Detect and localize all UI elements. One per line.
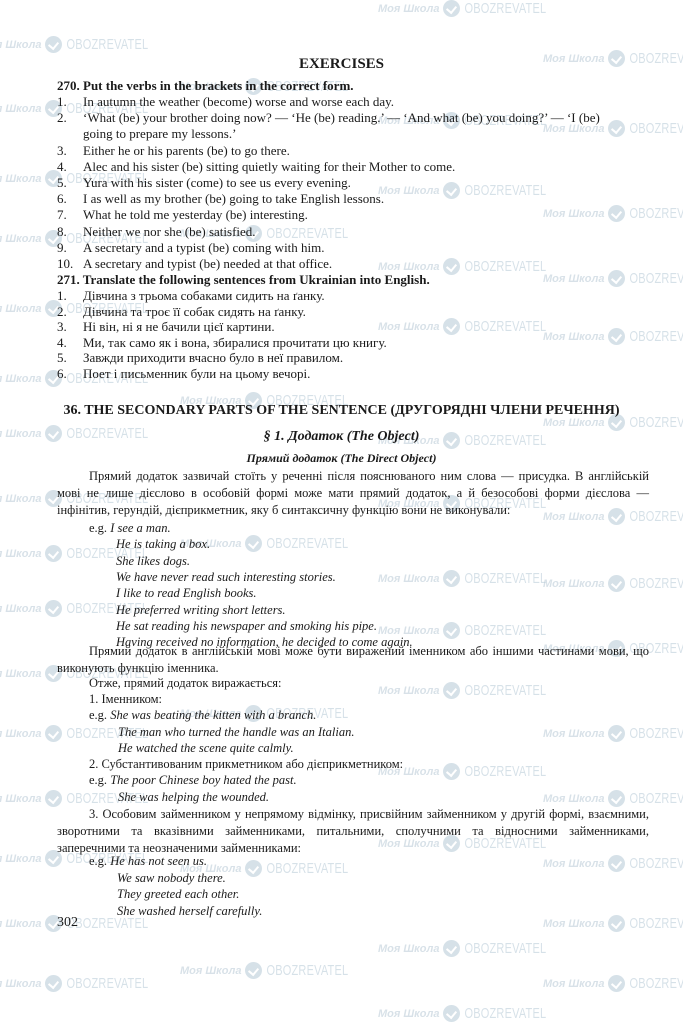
example-sentence: e.g. The poor Chinese boy hated the past… bbox=[89, 772, 297, 788]
example-sentence: We saw nobody there. bbox=[117, 870, 226, 886]
item-number: 2. bbox=[57, 304, 83, 320]
ex270-item-7: 7.What he told me yesterday (be) interes… bbox=[57, 207, 647, 223]
intro-paragraph: Прямий додаток зазвичай стоїть у реченні… bbox=[57, 468, 649, 519]
item-text: Поет і письменник були на цьому вечорі. bbox=[83, 366, 310, 381]
expressed-by-intro: Отже, прямий додаток виражається: bbox=[89, 676, 281, 691]
example-text: He is taking a box. bbox=[116, 537, 210, 551]
item-text: Yura with his sister (come) to see us ev… bbox=[83, 175, 351, 190]
eg-label: e.g. bbox=[89, 708, 110, 722]
example-text: She was beating the kitten with a branch… bbox=[110, 708, 316, 722]
item-text: What he told me yesterday (be) interesti… bbox=[83, 207, 308, 222]
item-number: 7. bbox=[57, 207, 83, 223]
example-sentence: He preferred writing short letters. bbox=[116, 602, 286, 618]
item-number: 8. bbox=[57, 224, 83, 240]
ex270-item-8: 8.Neither we nor she (be) satisfied. bbox=[57, 224, 647, 240]
ex270-item-2: 2.‘What (be) your brother doing now? — ‘… bbox=[57, 110, 647, 142]
example-text: He watched the scene quite calmly. bbox=[118, 741, 294, 755]
ex271-item-4: 4.Ми, так само як і вона, збиралися проч… bbox=[57, 335, 647, 351]
expression-paragraph: Прямий додаток в англійській мові може б… bbox=[57, 643, 649, 677]
item-text: In autumn the weather (become) worse and… bbox=[83, 94, 394, 109]
ex270-item-5: 5.Yura with his sister (come) to see us … bbox=[57, 175, 647, 191]
page-number: 302 bbox=[57, 915, 78, 931]
example-text: I see a man. bbox=[110, 521, 170, 535]
example-text: We have never read such interesting stor… bbox=[116, 570, 336, 584]
item-text: A secretary and typist (be) needed at th… bbox=[83, 256, 332, 271]
example-sentence: e.g. She was beating the kitten with a b… bbox=[89, 707, 316, 723]
exercises-heading: EXERCISES bbox=[0, 56, 683, 73]
example-text: The man who turned the handle was an Ita… bbox=[118, 725, 354, 739]
item-number: 6. bbox=[57, 191, 83, 207]
point-2-adjective: 2. Субстантивованим прикметником або діє… bbox=[89, 757, 403, 772]
ex271-item-3: 3.Ні він, ні я не бачили цієї картини. bbox=[57, 319, 647, 335]
eg-label: e.g. bbox=[89, 521, 110, 535]
ex270-item-9: 9.A secretary and a typist (be) coming w… bbox=[57, 240, 647, 256]
example-sentence: e.g. I see a man. bbox=[89, 520, 171, 536]
example-text: He sat reading his newspaper and smoking… bbox=[116, 619, 377, 633]
section-heading: § 1. Додаток (The Object) bbox=[0, 429, 683, 445]
ex271-item-1: 1.Дівчина з трьома собаками сидить на ґа… bbox=[57, 288, 647, 304]
example-sentence: He sat reading his newspaper and smoking… bbox=[116, 618, 377, 634]
item-text: Завжди приходити вчасно було в неї прави… bbox=[83, 350, 343, 365]
point-3-pronoun: 3. Особовим займенником у непрямому відм… bbox=[57, 806, 649, 857]
example-text: She was helping the wounded. bbox=[118, 790, 269, 804]
item-text: Дівчина з трьома собаками сидить на ґанк… bbox=[83, 288, 325, 303]
item-number: 5. bbox=[57, 175, 83, 191]
item-text: I as well as my brother (be) going to ta… bbox=[83, 191, 384, 206]
example-sentence: She was helping the wounded. bbox=[118, 789, 269, 805]
textbook-page: EXERCISES 270. Put the verbs in the brac… bbox=[0, 0, 683, 1024]
ex270-item-4: 4.Alec and his sister (be) sitting quiet… bbox=[57, 159, 647, 175]
example-sentence: We have never read such interesting stor… bbox=[116, 569, 336, 585]
example-text: The poor Chinese boy hated the past. bbox=[110, 773, 296, 787]
ex271-item-2: 2.Дівчина та троє її собак сидять на ґан… bbox=[57, 304, 647, 320]
example-text: He preferred writing short letters. bbox=[116, 603, 286, 617]
example-sentence: She washed herself carefully. bbox=[117, 903, 262, 919]
example-sentence: He watched the scene quite calmly. bbox=[118, 740, 294, 756]
eg-label: e.g. bbox=[89, 854, 110, 868]
ex270-item-6: 6.I as well as my brother (be) going to … bbox=[57, 191, 647, 207]
example-text: He has not seen us. bbox=[110, 854, 207, 868]
example-text: We saw nobody there. bbox=[117, 871, 226, 885]
item-number: 3. bbox=[57, 319, 83, 335]
item-number: 5. bbox=[57, 350, 83, 366]
ex270-item-10: 10.A secretary and typist (be) needed at… bbox=[57, 256, 647, 272]
chapter-heading: 36. THE SECONDARY PARTS OF THE SENTENCE … bbox=[0, 403, 683, 419]
example-sentence: She likes dogs. bbox=[116, 553, 190, 569]
example-sentence: e.g. He has not seen us. bbox=[89, 853, 207, 869]
item-number: 4. bbox=[57, 335, 83, 351]
example-sentence: He is taking a box. bbox=[116, 536, 210, 552]
eg-label: e.g. bbox=[89, 773, 110, 787]
item-text: Дівчина та троє її собак сидять на ґанку… bbox=[83, 304, 306, 319]
ex271-item-5: 5.Завжди приходити вчасно було в неї пра… bbox=[57, 350, 647, 366]
item-text-continued: going to prepare my lessons.’ bbox=[57, 126, 647, 142]
ex270-item-3: 3.Either he or his parents (be) to go th… bbox=[57, 143, 647, 159]
example-text: She likes dogs. bbox=[116, 554, 190, 568]
exercise-270-title: 270. Put the verbs in the brackets in th… bbox=[57, 78, 354, 94]
example-sentence: The man who turned the handle was an Ita… bbox=[118, 724, 354, 740]
example-sentence: I like to read English books. bbox=[116, 585, 257, 601]
item-text: Alec and his sister (be) sitting quietly… bbox=[83, 159, 455, 174]
example-text: I like to read English books. bbox=[116, 586, 257, 600]
item-text: A secretary and a typist (be) coming wit… bbox=[83, 240, 325, 255]
item-text: Either he or his parents (be) to go ther… bbox=[83, 143, 290, 158]
example-text: They greeted each other. bbox=[117, 887, 239, 901]
example-sentence: They greeted each other. bbox=[117, 886, 239, 902]
item-number: 1. bbox=[57, 94, 83, 110]
item-number: 10. bbox=[57, 256, 83, 272]
item-text: Ні він, ні я не бачили цієї картини. bbox=[83, 319, 275, 334]
ex271-item-6: 6.Поет і письменник були на цьому вечорі… bbox=[57, 366, 647, 382]
ex270-item-1: 1.In autumn the weather (become) worse a… bbox=[57, 94, 647, 110]
example-text: She washed herself carefully. bbox=[117, 904, 262, 918]
exercise-271-title: 271. Translate the following sentences f… bbox=[57, 272, 430, 288]
item-number: 4. bbox=[57, 159, 83, 175]
item-text: Neither we nor she (be) satisfied. bbox=[83, 224, 256, 239]
item-number: 9. bbox=[57, 240, 83, 256]
item-number: 6. bbox=[57, 366, 83, 382]
point-1-noun: 1. Іменником: bbox=[89, 692, 162, 707]
item-number: 1. bbox=[57, 288, 83, 304]
item-text: ‘What (be) your brother doing now? — ‘He… bbox=[83, 110, 600, 125]
subsection-heading: Прямий додаток (The Direct Object) bbox=[0, 451, 683, 466]
item-number: 3. bbox=[57, 143, 83, 159]
item-number: 2. bbox=[57, 110, 83, 126]
item-text: Ми, так само як і вона, збиралися прочит… bbox=[83, 335, 387, 350]
